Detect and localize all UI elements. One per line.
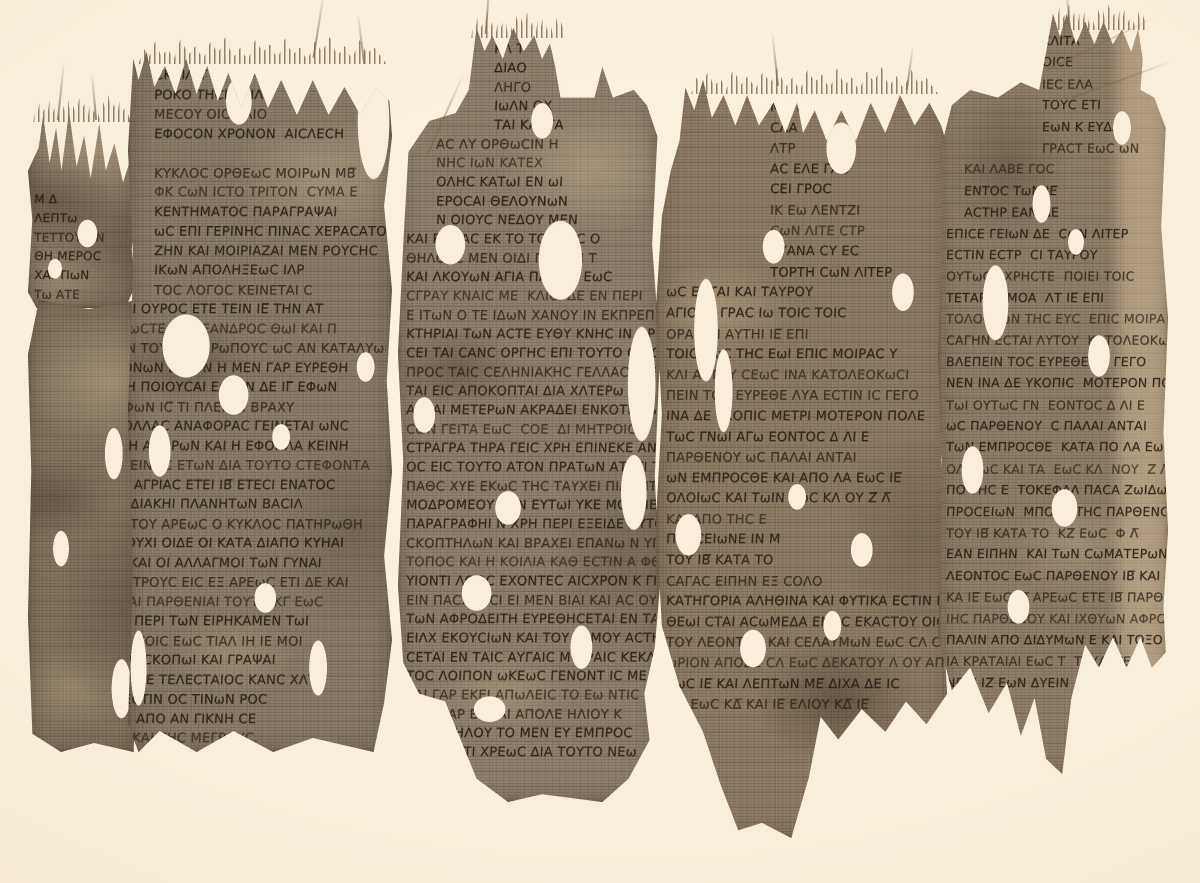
damage-holes <box>398 28 660 802</box>
torn-fiber-edge <box>691 64 938 94</box>
papyrus-fragment-3: ΚΛ ΤΔΙΑΟΛΗΓΟΙωΛΝ ΟΧΤΑΙ ΚΑΙ ΤΑΑϹ ΛΥ ΟΡΘωϹ… <box>398 28 660 802</box>
damage-holes <box>656 80 950 838</box>
papyrus-fragment-5: ΚΛΙΤΑΟΙϹΕΙΕϹ ΕΛΑΤΟΥϹ ΕΤΙΕωΝ Κ ΕΥΔΛΙΓΡΑϹΤ… <box>938 14 1168 774</box>
papyrus-photograph: Μ ΔΛΕΠΤωΤΕΤΤΟΥΟΙΝΘΗ ΜΕΡΟϹΧΑΡΤΙωΝΤω ΑΤΕ Ϲ… <box>0 0 1200 883</box>
damage-holes <box>28 300 138 752</box>
papyrus-fragment-4: ΜΕ ΤΑΙϹΛΑΛΤΡΑϹ ΕΛΕ ΓΑϹϹΕΙ ΓΡΟϹΙΚ Εω ΛΕΝΤ… <box>656 80 950 838</box>
damage-holes <box>28 112 136 308</box>
torn-fiber-edge <box>33 92 130 122</box>
papyrus-fragment-1-lower <box>28 300 138 752</box>
papyrus-fragment-2: ϹΚΑΙΛ ΤΡΟΚΟ ΤΗϹΙ ΚΑΙΛΜΕϹΟΥ ΟΙϹ ΚΑΙΟΕΦΟϹΟ… <box>128 52 392 752</box>
damage-holes <box>938 14 1168 774</box>
torn-fiber-edge <box>139 34 387 64</box>
damage-holes <box>128 52 392 752</box>
papyrus-fragment-1: Μ ΔΛΕΠΤωΤΕΤΤΟΥΟΙΝΘΗ ΜΕΡΟϹΧΑΡΤΙωΝΤω ΑΤΕ <box>28 112 136 308</box>
